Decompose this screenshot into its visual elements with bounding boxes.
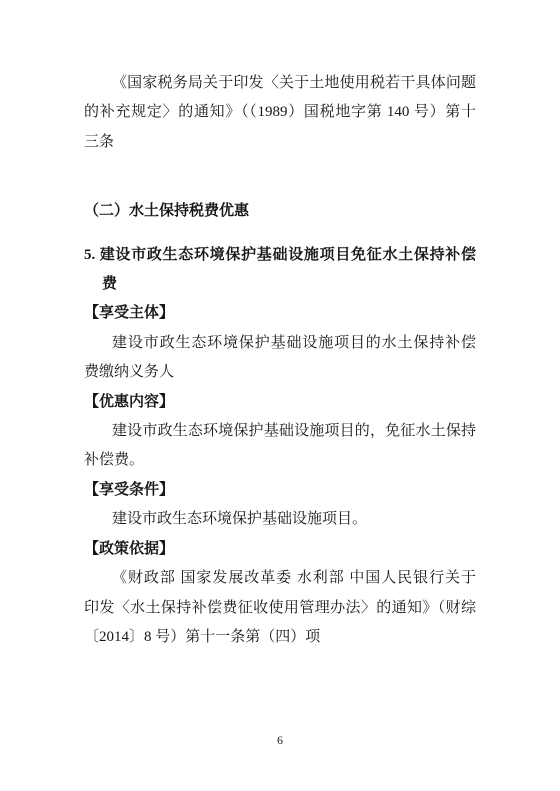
text-line: 的补充规定〉的通知》（（1989）国税地字第 140 号）第十 — [84, 98, 476, 127]
policy-basis-label: 【政策依据】 — [84, 535, 476, 564]
text-line: 补偿费。 — [84, 446, 476, 475]
text-line: 《财政部 国家发展改革委 水利部 中国人民银行关于 — [84, 564, 476, 593]
text-line: 〔2014〕8 号）第十一条第（四）项 — [84, 623, 476, 652]
preferential-content-block: 【优惠内容】 建设市政生态环境保护基础设施项目的，免征水土保持 补偿费。 — [84, 388, 476, 476]
text-line: 三条 — [84, 128, 476, 157]
text-line: 5. 建设市政生态环境保护基础设施项目免征水土保持补偿 — [84, 241, 476, 270]
item-5-heading: 5. 建设市政生态环境保护基础设施项目免征水土保持补偿 费 — [84, 241, 476, 300]
text-line: （二）水土保持税费优惠 — [84, 197, 476, 226]
text-line: 费 — [84, 270, 476, 299]
text-line: 建设市政生态环境保护基础设施项目。 — [84, 505, 476, 534]
beneficiary-label: 【享受主体】 — [84, 299, 476, 328]
beneficiary-block: 【享受主体】 建设市政生态环境保护基础设施项目的水土保持补偿 费缴纳义务人 — [84, 299, 476, 387]
page-number: 6 — [0, 733, 560, 748]
text-line: 《国家税务局关于印发〈关于土地使用税若干具体问题 — [84, 69, 476, 98]
text-line: 建设市政生态环境保护基础设施项目的水土保持补偿 — [84, 329, 476, 358]
policy-basis-block: 【政策依据】 《财政部 国家发展改革委 水利部 中国人民银行关于 印发〈水土保持… — [84, 535, 476, 653]
text-line: 印发〈水土保持补偿费征收使用管理办法〉的通知》（财综 — [84, 594, 476, 623]
section-heading: （二）水土保持税费优惠 — [84, 197, 476, 226]
text-line: 费缴纳义务人 — [84, 358, 476, 387]
eligibility-conditions-label: 【享受条件】 — [84, 476, 476, 505]
paragraph-prior-policy: 《国家税务局关于印发〈关于土地使用税若干具体问题 的补充规定〉的通知》（（198… — [84, 69, 476, 157]
eligibility-conditions-block: 【享受条件】 建设市政生态环境保护基础设施项目。 — [84, 476, 476, 535]
page-content: 《国家税务局关于印发〈关于土地使用税若干具体问题 的补充规定〉的通知》（（198… — [84, 69, 476, 652]
preferential-content-label: 【优惠内容】 — [84, 388, 476, 417]
document-page: 《国家税务局关于印发〈关于土地使用税若干具体问题 的补充规定〉的通知》（（198… — [0, 0, 560, 791]
text-line: 建设市政生态环境保护基础设施项目的，免征水土保持 — [84, 417, 476, 446]
